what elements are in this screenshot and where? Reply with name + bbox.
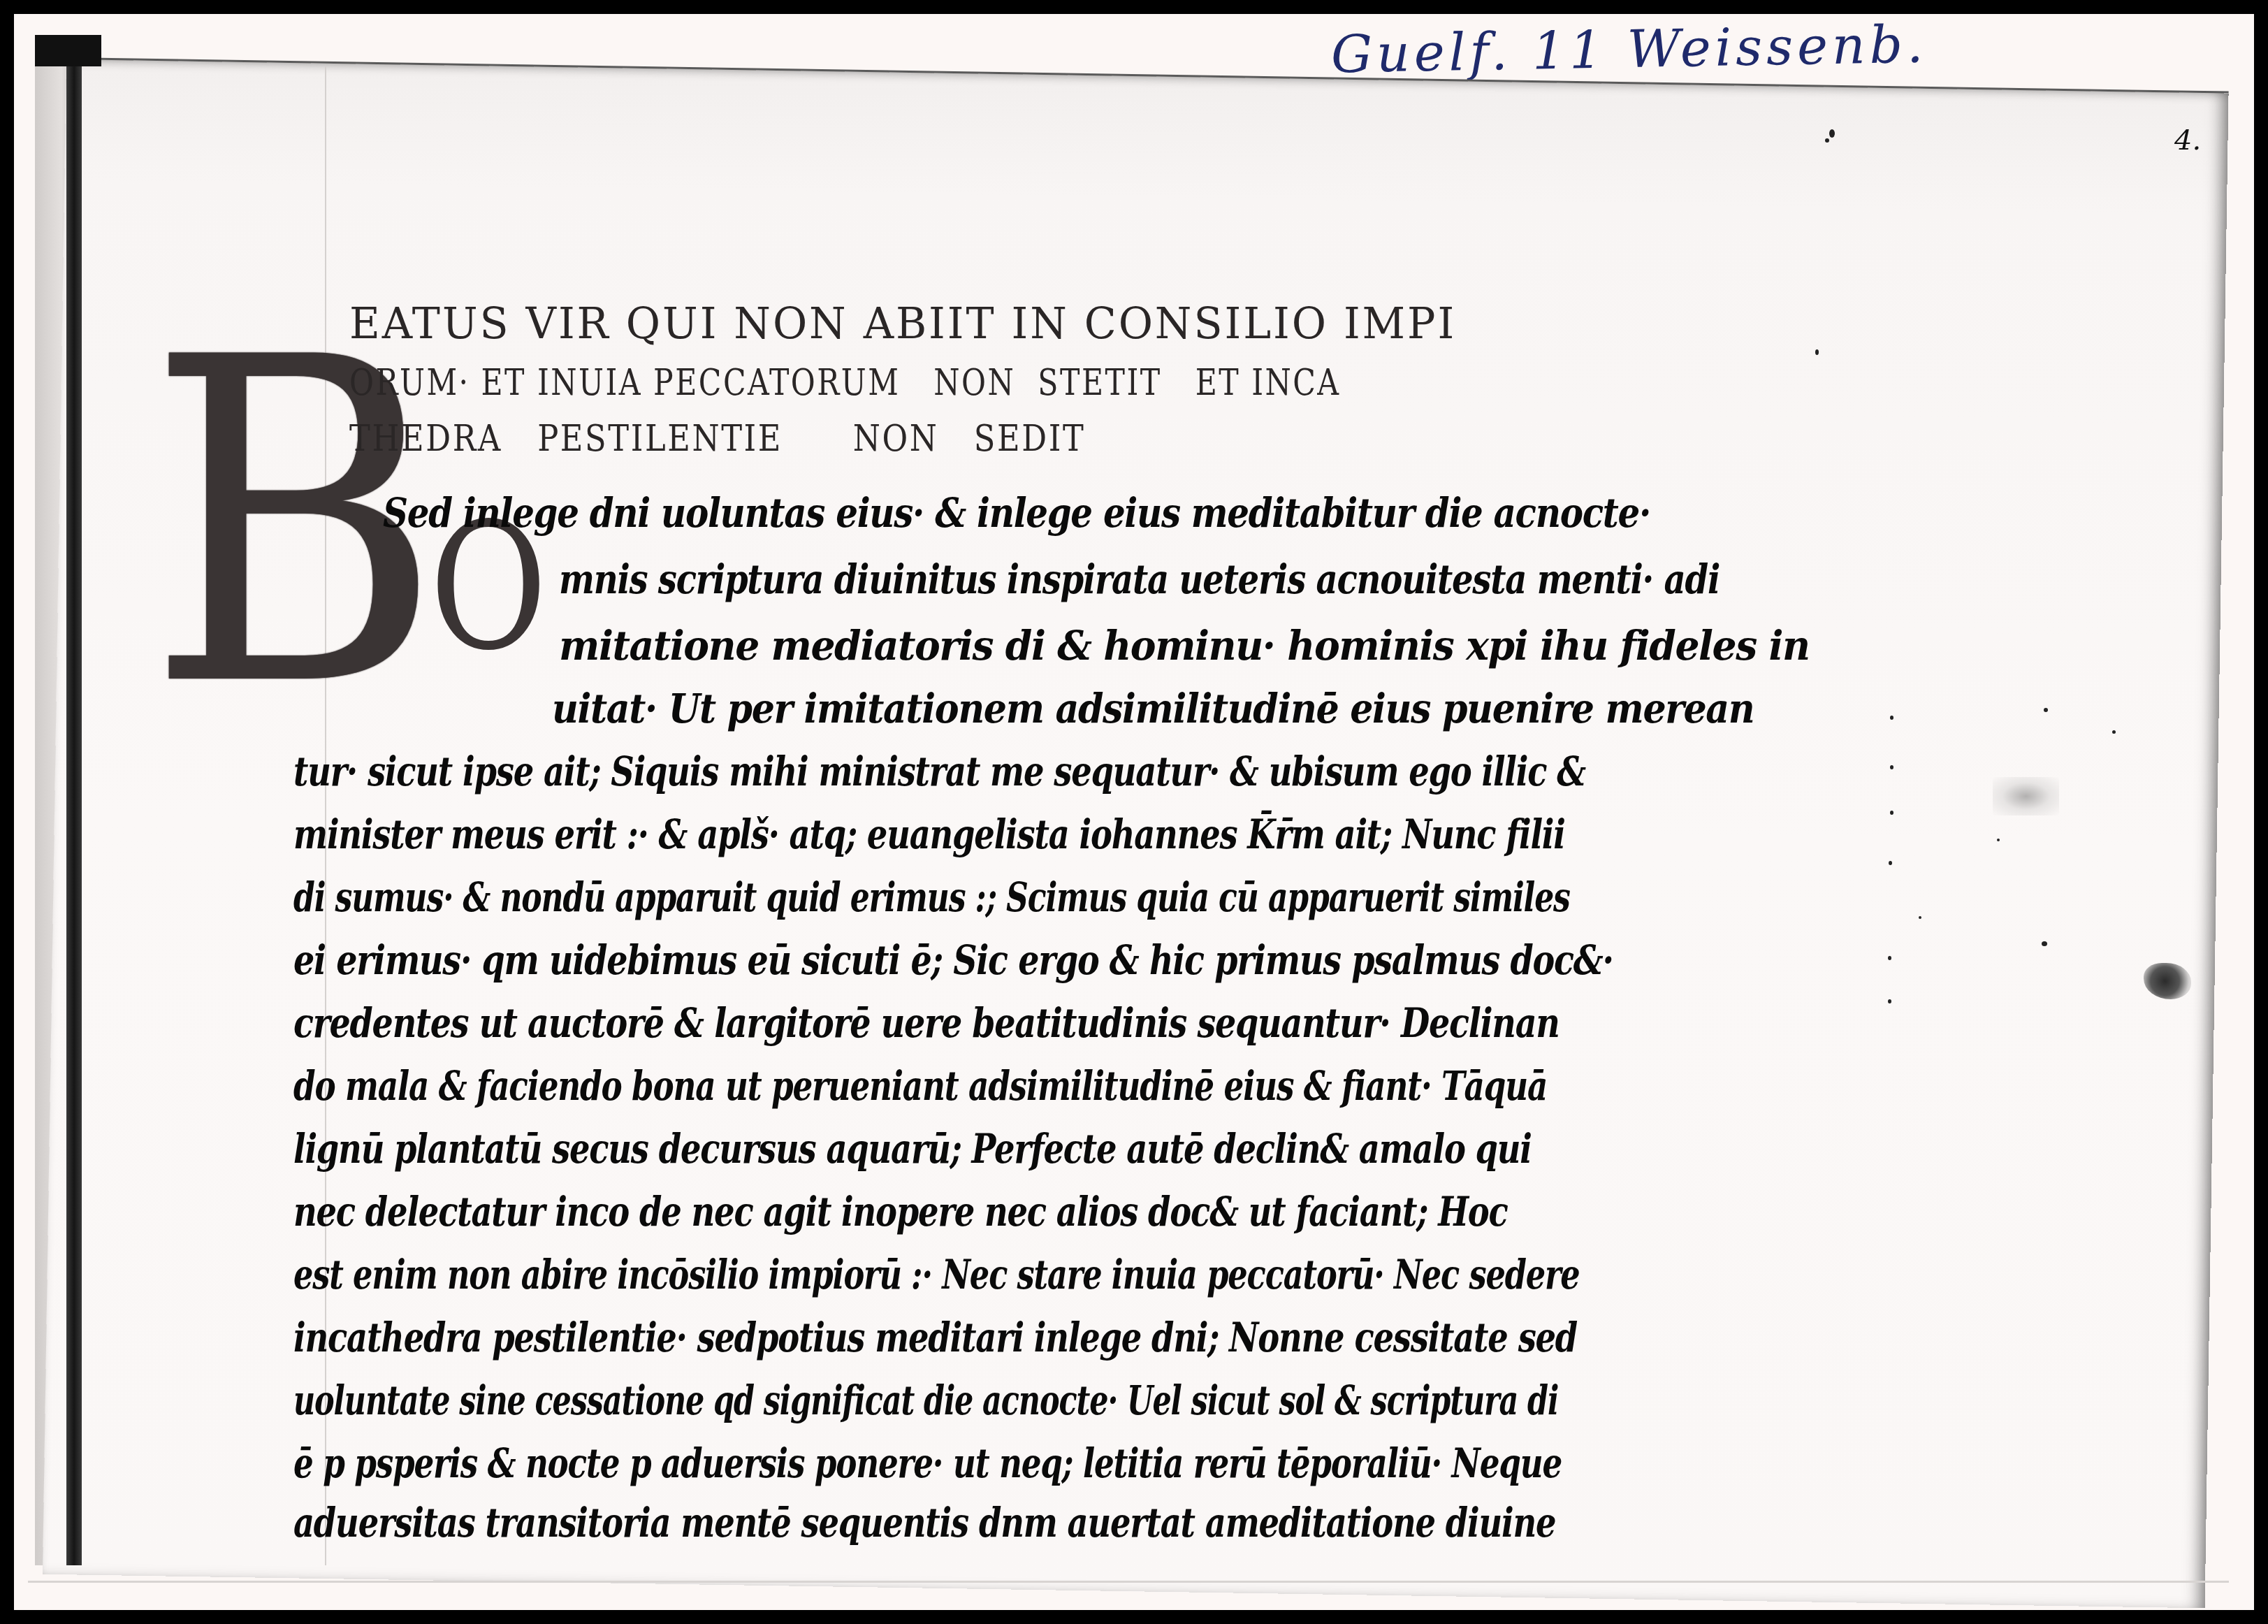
text-line: uitat· Ut per imitationem adsimilitudinē…	[552, 688, 1754, 729]
prick-mark	[1888, 999, 1891, 1003]
prick-mark	[1890, 716, 1893, 720]
heading-line-3: THEDRA PESTILENTIE NON SEDIT	[349, 421, 1085, 457]
prick-mark	[1890, 811, 1893, 815]
prick-mark	[1890, 765, 1893, 769]
prick-mark	[2044, 708, 2048, 712]
text-line: uoluntate sine cessatione qd significat …	[293, 1380, 1558, 1421]
text-line: aduersitas transitoria mentē sequentis d…	[293, 1502, 1555, 1543]
text-line: Sed inlege dni uoluntas eius· & inlege e…	[383, 493, 1650, 533]
text-line: mnis scriptura diuinitus inspirata ueter…	[559, 559, 1720, 600]
prick-mark	[1997, 839, 2000, 841]
text-line: di sumus· & nondū apparuit quid erimus :…	[293, 877, 1570, 918]
leaf-bottom-edge	[28, 1581, 2229, 1583]
text-line: mitatione mediatoris di & hominu· homini…	[559, 625, 1810, 666]
text-line: tur· sicut ipse ait; Siquis mihi ministr…	[293, 751, 1585, 792]
folio-number: 4.	[2174, 124, 2201, 157]
prick-mark	[1888, 956, 1891, 960]
prick-mark	[1829, 129, 1835, 138]
text-line: ei erimus· qm uidebimus eū sicuti ē; Sic…	[293, 940, 1613, 980]
text-line: nec delectatur inco de nec agit inopere …	[293, 1191, 1508, 1232]
binding-corner	[35, 35, 101, 66]
prick-mark	[1825, 138, 1829, 143]
text-line: do mala & faciendo bona ut perueniant ad…	[293, 1066, 1547, 1106]
text-line: incathedra pestilentie· sedpotius medita…	[293, 1317, 1577, 1358]
binding-stitch-stripe	[66, 66, 82, 1565]
catalog-shelfmark-note: Guelf. 11 Weissenb.	[1330, 15, 1928, 85]
text-line: lignū plantatū secus decursus aquarū; Pe…	[293, 1129, 1532, 1169]
heading-line-1: EATUS VIR QUI NON ABIIT IN CONSILIO IMPI	[349, 302, 1456, 345]
text-line: est enim non abire incōsilio impiorū :· …	[293, 1254, 1580, 1295]
heading-line-2: ORUM· ET INUIA PECCATORUM NON STETIT ET …	[349, 365, 1341, 401]
prick-mark	[2112, 730, 2116, 734]
text-line: minister meus erit :· & aplš· atq; euang…	[293, 814, 1565, 855]
text-line: credentes ut auctorē & largitorē uere be…	[293, 1003, 1560, 1043]
prick-mark	[2042, 941, 2047, 946]
text-line: ē p psperis & nocte p aduersis ponere· u…	[293, 1443, 1562, 1484]
prick-mark	[1919, 916, 1921, 919]
prick-mark	[1889, 861, 1892, 865]
prick-mark	[1815, 349, 1819, 355]
foxing-spot	[1993, 777, 2059, 815]
